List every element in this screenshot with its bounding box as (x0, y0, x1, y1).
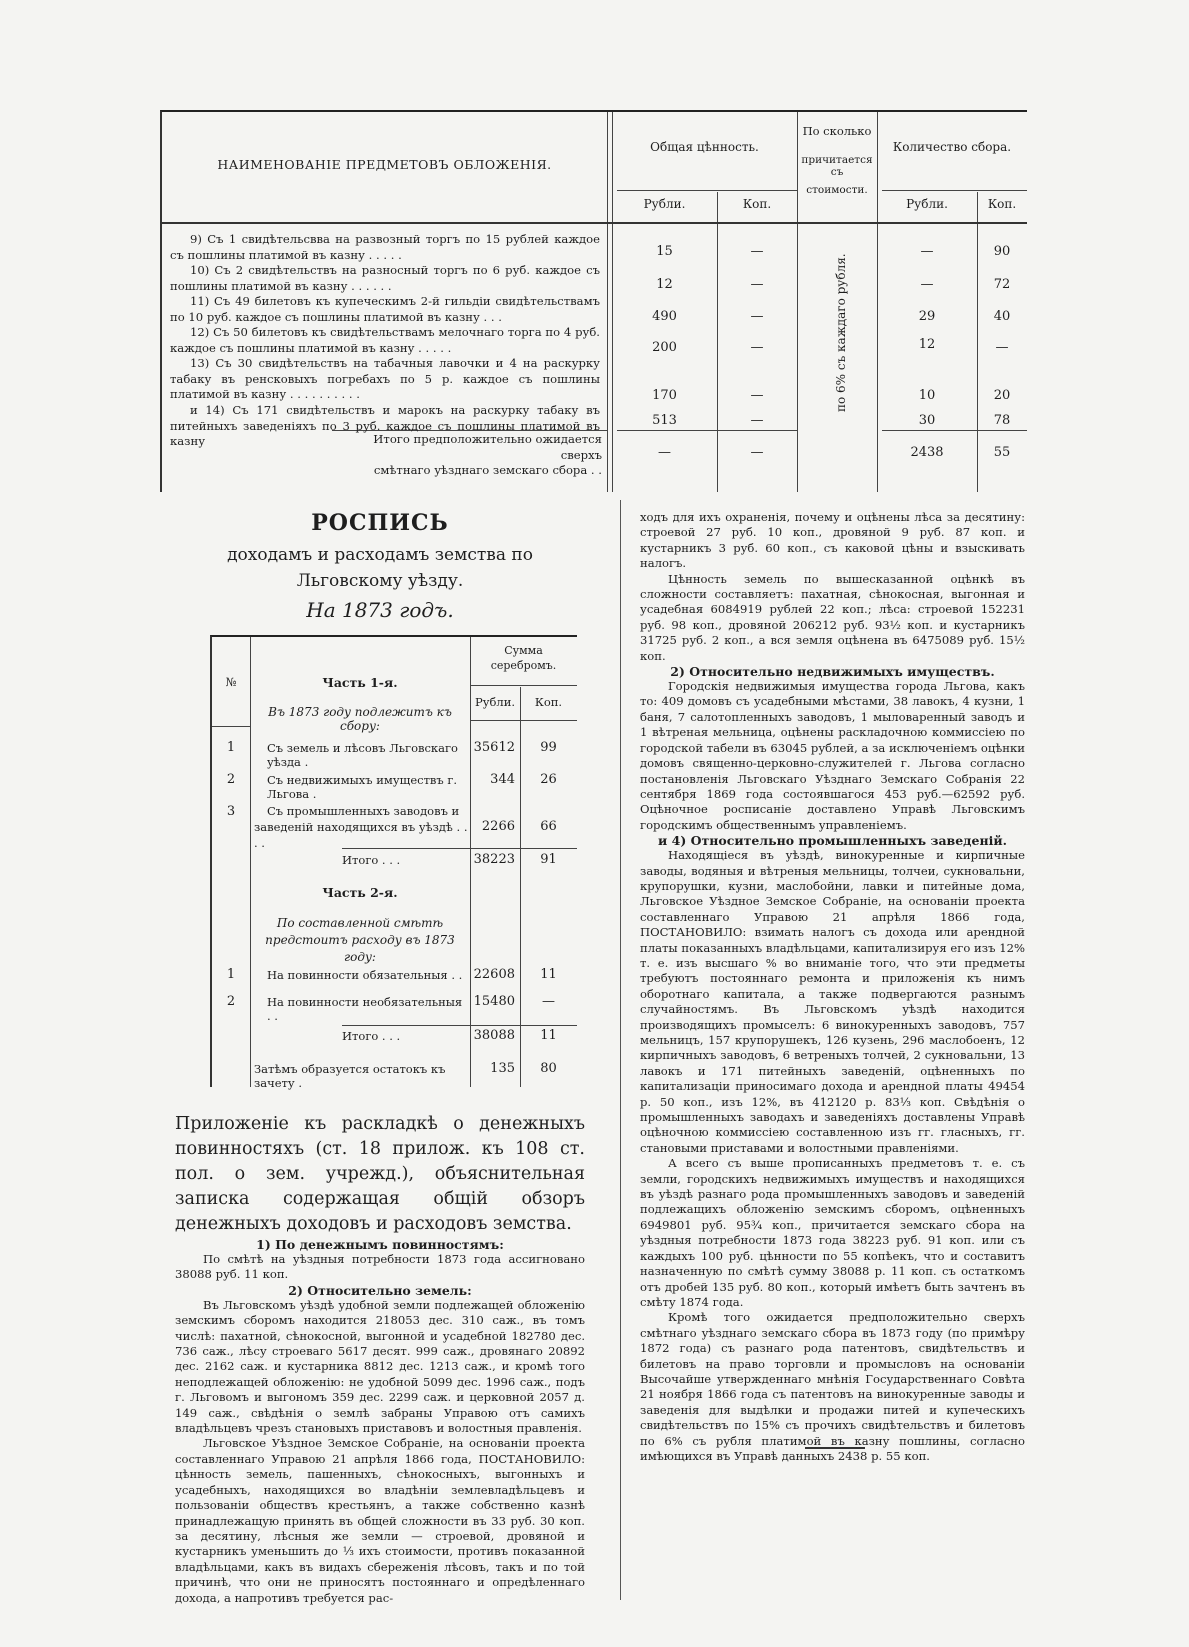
end-rule (805, 1447, 865, 1449)
budget-table: № Сумма серебромъ. Рубли. Коп. Часть 1-я… (210, 635, 577, 1087)
divider (617, 430, 797, 431)
total-value-rub: — (612, 445, 717, 460)
section-2-paragraph-2: Льговское Уѣздное Земское Собраніе, на о… (175, 1436, 585, 1605)
tax-items-table: НАИМЕНОВАНІЕ ПРЕДМЕТОВЪ ОБЛОЖЕНІЯ. Общая… (160, 110, 1027, 492)
value-rub: 200 (612, 340, 717, 355)
part1-total-label: Итого . . . (342, 853, 467, 867)
part2-title: Часть 2-я. (250, 885, 470, 900)
item-text: 13) Съ 30 свидѣтельствъ на табачныя лаво… (170, 356, 600, 403)
rate-note: по 6% съ каждаго рубля. (834, 253, 848, 412)
value-kop: — (717, 388, 797, 403)
coll-rub: 29 (877, 309, 977, 324)
value-kop: — (717, 309, 797, 324)
divider (162, 222, 1027, 224)
part1-total-kopecks: 91 (520, 852, 577, 867)
rospis-year: На 1873 годъ. (175, 598, 585, 622)
remainder-text: Затѣмъ образуется остатокъ къ зачету . (254, 1062, 468, 1090)
section-1-heading: 1) По денежнымъ повинностямъ: (175, 1237, 585, 1252)
row-number: 1 (212, 967, 250, 982)
row-kopecks: — (520, 994, 577, 1009)
column-header-collection: Количество сбора. (877, 140, 1027, 154)
column-header-value-kopecks: Коп. (717, 197, 797, 211)
coll-kop: 40 (977, 309, 1027, 324)
item-text: 10) Съ 2 свидѣтельствъ на разносный торг… (170, 263, 600, 294)
column-header-kopecks: Коп. (520, 695, 577, 709)
section-3-heading: 2) Относительно недвижимыхъ имуществъ. (640, 664, 1025, 679)
section-4-paragraph-3: Кромѣ того ожидается предположительно св… (640, 1310, 1025, 1464)
section-3-text: Городскія недвижимыя имущества города Ль… (640, 679, 1025, 833)
value-kop: — (717, 413, 797, 428)
rospis-title: РОСПИСЬ (175, 510, 585, 536)
appendix-title: Приложеніе къ раскладкѣ о денежныхъ пови… (175, 1112, 585, 1237)
value-rub: 513 (612, 413, 717, 428)
section-1-text: По смѣтѣ на уѣздныя потребности 1873 год… (175, 1252, 585, 1283)
rospis-subtitle: доходамъ и расходамъ земства по Льговско… (175, 542, 585, 594)
row-number: 3 (212, 804, 250, 819)
part2-total-rubles: 38088 (470, 1028, 515, 1043)
remainder-rubles: 135 (470, 1061, 515, 1076)
part2-subtitle: По составленной смѣтѣ предстоитъ расходу… (254, 915, 466, 966)
land-valuation-paragraph: Цѣнность земель по вышесказанной оцѣнкѣ … (640, 572, 1025, 664)
divider (470, 685, 577, 686)
divider (342, 1025, 577, 1026)
row-rubles: 35612 (470, 740, 515, 755)
value-rub: 490 (612, 309, 717, 324)
part1-total-rubles: 38223 (470, 852, 515, 867)
value-rub: 12 (612, 277, 717, 292)
divider (612, 112, 613, 492)
row-kopecks: 99 (520, 740, 577, 755)
appendix-right: ходъ для ихъ охраненія, почему и оцѣнены… (640, 510, 1025, 1464)
column-header-rate-line1: По сколько (797, 124, 877, 138)
coll-rub: 10 (877, 388, 977, 403)
row-text: На повинности необязательныя . . (267, 995, 467, 1023)
value-rub: 15 (612, 244, 717, 259)
row-text: На повинности обязательныя . . (267, 968, 467, 982)
column-header-sum: Сумма серебромъ. (470, 643, 577, 673)
item-text: 11) Съ 49 билетовъ къ купеческимъ 2-й ги… (170, 294, 600, 325)
row-kopecks: 26 (520, 772, 577, 787)
total-label-line2: смѣтнаго уѣзднаго земскаго сбора . . (332, 463, 602, 479)
section-4-paragraph-1: Находящіеся въ уѣздѣ, винокуренные и кир… (640, 848, 1025, 1156)
coll-rub: — (877, 277, 977, 292)
row-rubles: 22608 (470, 967, 515, 982)
divider (470, 720, 577, 721)
row-kopecks: 66 (520, 819, 577, 834)
part1-subtitle: Въ 1873 году подлежитъ къ сбору: (250, 705, 470, 733)
part1-title: Часть 1-я. (250, 675, 470, 690)
coll-kop: 20 (977, 388, 1027, 403)
row-number: 2 (212, 994, 250, 1009)
total-coll-kop: 55 (977, 445, 1027, 460)
coll-kop: 72 (977, 277, 1027, 292)
divider (882, 430, 1027, 431)
rospis-heading: РОСПИСЬ доходамъ и расходамъ земства по … (175, 510, 585, 622)
coll-rub: — (877, 244, 977, 259)
value-rub: 170 (612, 388, 717, 403)
item-text: 9) Съ 1 свидѣтельсвва на развозный торгъ… (170, 232, 600, 263)
coll-rub: 12 (877, 337, 977, 352)
column-header-coll-kopecks: Коп. (977, 197, 1027, 211)
column-header-coll-rubles: Рубли. (877, 197, 977, 211)
part2-total-kopecks: 11 (520, 1028, 577, 1043)
section-4-paragraph-2: А всего съ выше прописанныхъ предметовъ … (640, 1156, 1025, 1310)
remainder-kopecks: 80 (520, 1061, 577, 1076)
divider (877, 112, 878, 492)
row-rubles: 2266 (470, 819, 515, 834)
total-coll-rub: 2438 (877, 445, 977, 460)
part2-total-label: Итого . . . (342, 1029, 467, 1043)
total-value-kop: — (717, 445, 797, 460)
value-kop: — (717, 244, 797, 259)
row-number: 2 (212, 772, 250, 787)
coll-kop: 90 (977, 244, 1027, 259)
coll-kop: 78 (977, 413, 1027, 428)
column-header-rate-line2: причитается съ (797, 154, 877, 178)
total-label-line1: Итого предположительно ожидается сверхъ (332, 432, 602, 463)
row-text: Съ недвижимыхъ имуществъ г. Льгова . (267, 773, 467, 801)
item-list: 9) Съ 1 свидѣтельсвва на развозный торгъ… (170, 232, 600, 434)
section-2-paragraph-1: Въ Льговскомъ уѣздѣ удобной земли подлеж… (175, 1298, 585, 1437)
column-divider (620, 500, 621, 1600)
value-kop: — (717, 277, 797, 292)
section-2-heading: 2) Относительно земель: (175, 1283, 585, 1298)
continued-paragraph: ходъ для ихъ охраненія, почему и оцѣнены… (640, 510, 1025, 572)
row-rubles: 15480 (470, 994, 515, 1009)
divider (607, 112, 608, 492)
divider (212, 726, 250, 727)
column-header-value-rubles: Рубли. (612, 197, 717, 211)
row-text: Съ земель и лѣсовъ Льговскаго уѣзда . (267, 741, 467, 769)
divider (882, 190, 1027, 191)
appendix-left: Приложеніе къ раскладкѣ о денежныхъ пови… (175, 1112, 585, 1606)
row-rubles: 344 (470, 772, 515, 787)
item-text: и 14) Съ 171 свидѣтельствъ и марокъ на р… (170, 403, 600, 434)
section-4-heading: и 4) Относительно промышленныхъ заведені… (640, 833, 1025, 848)
total-label: Итого предположительно ожидается сверхъ … (332, 432, 602, 479)
column-header-rate-line3: стоимости. (797, 184, 877, 196)
column-header-rubles: Рубли. (470, 695, 520, 709)
coll-kop: — (977, 340, 1027, 355)
item-text: 12) Съ 50 билетовъ къ свидѣтельствамъ ме… (170, 325, 600, 356)
row-kopecks: 11 (520, 967, 577, 982)
column-header-total-value: Общая цѣнность. (612, 140, 797, 154)
value-kop: — (717, 340, 797, 355)
coll-rub: 30 (877, 413, 977, 428)
row-number: 1 (212, 740, 250, 755)
divider (617, 190, 797, 191)
column-header-name: НАИМЕНОВАНІЕ ПРЕДМЕТОВЪ ОБЛОЖЕНІЯ. (162, 157, 607, 172)
row-text: Съ промышленныхъ заводовъ и заведеній на… (254, 803, 468, 851)
column-header-number: № (212, 675, 250, 689)
